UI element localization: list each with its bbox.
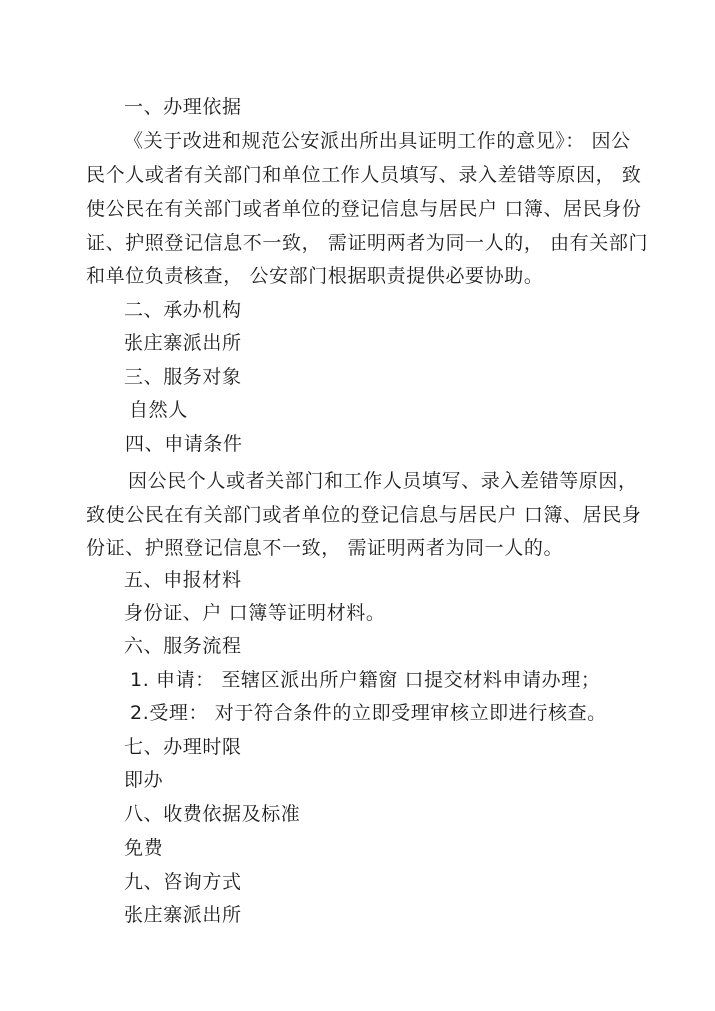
process-step-1: 1. 申请： 至辖区派出所户籍窗 口提交材料申请办理；	[130, 668, 600, 692]
section-heading-materials: 五、申报材料	[124, 568, 242, 592]
basis-line-4: 证、护照登记信息不一致， 需证明两者为同一人的， 由有关部门	[86, 231, 623, 255]
basis-line-5: 和单位负责核查， 公安部门根据职责提供必要协助。	[86, 264, 543, 288]
materials-value: 身份证、户 口簿等证明材料。	[124, 601, 385, 625]
conditions-line-1: 因公民个人或者关部门和工作人员填写、录入差错等原因，	[128, 469, 623, 493]
conditions-line-3: 份证、护照登记信息不一致， 需证明两者为同一人的。	[86, 536, 563, 560]
section-heading-basis: 一、办理依据	[124, 95, 242, 119]
agency-value: 张庄寨派出所	[124, 331, 242, 355]
basis-line-2: 民个人或者有关部门和单位工作人员填写、录入差错等原因， 致	[86, 163, 623, 187]
section-heading-time-limit: 七、办理时限	[124, 735, 242, 759]
section-heading-contact: 九、咨询方式	[124, 870, 242, 894]
section-heading-process: 六、服务流程	[124, 634, 242, 658]
fees-value: 免费	[124, 836, 163, 860]
section-heading-conditions: 四、申请条件	[125, 432, 243, 456]
section-heading-agency: 二、承办机构	[124, 298, 242, 322]
contact-value: 张庄寨派出所	[124, 903, 242, 927]
time-limit-value: 即办	[124, 768, 163, 792]
document-page: 一、办理依据 《关于改进和规范公安派出所出具证明工作的意见》： 因公 民个人或者…	[0, 0, 715, 1011]
target-value: 自然人	[129, 398, 188, 422]
basis-line-1: 《关于改进和规范公安派出所出具证明工作的意见》： 因公	[124, 129, 623, 153]
conditions-line-2: 致使公民在有关部门或者单位的登记信息与居民户 口簿、居民身	[86, 503, 623, 527]
section-heading-fees: 八、收费依据及标准	[124, 802, 300, 826]
basis-line-3: 使公民在有关部门或者单位的登记信息与居民户 口簿、居民身份	[86, 197, 623, 221]
section-heading-target: 三、服务对象	[124, 365, 242, 389]
process-step-2: 2.受理： 对于符合条件的立即受理审核立即进行核查。	[130, 701, 607, 725]
